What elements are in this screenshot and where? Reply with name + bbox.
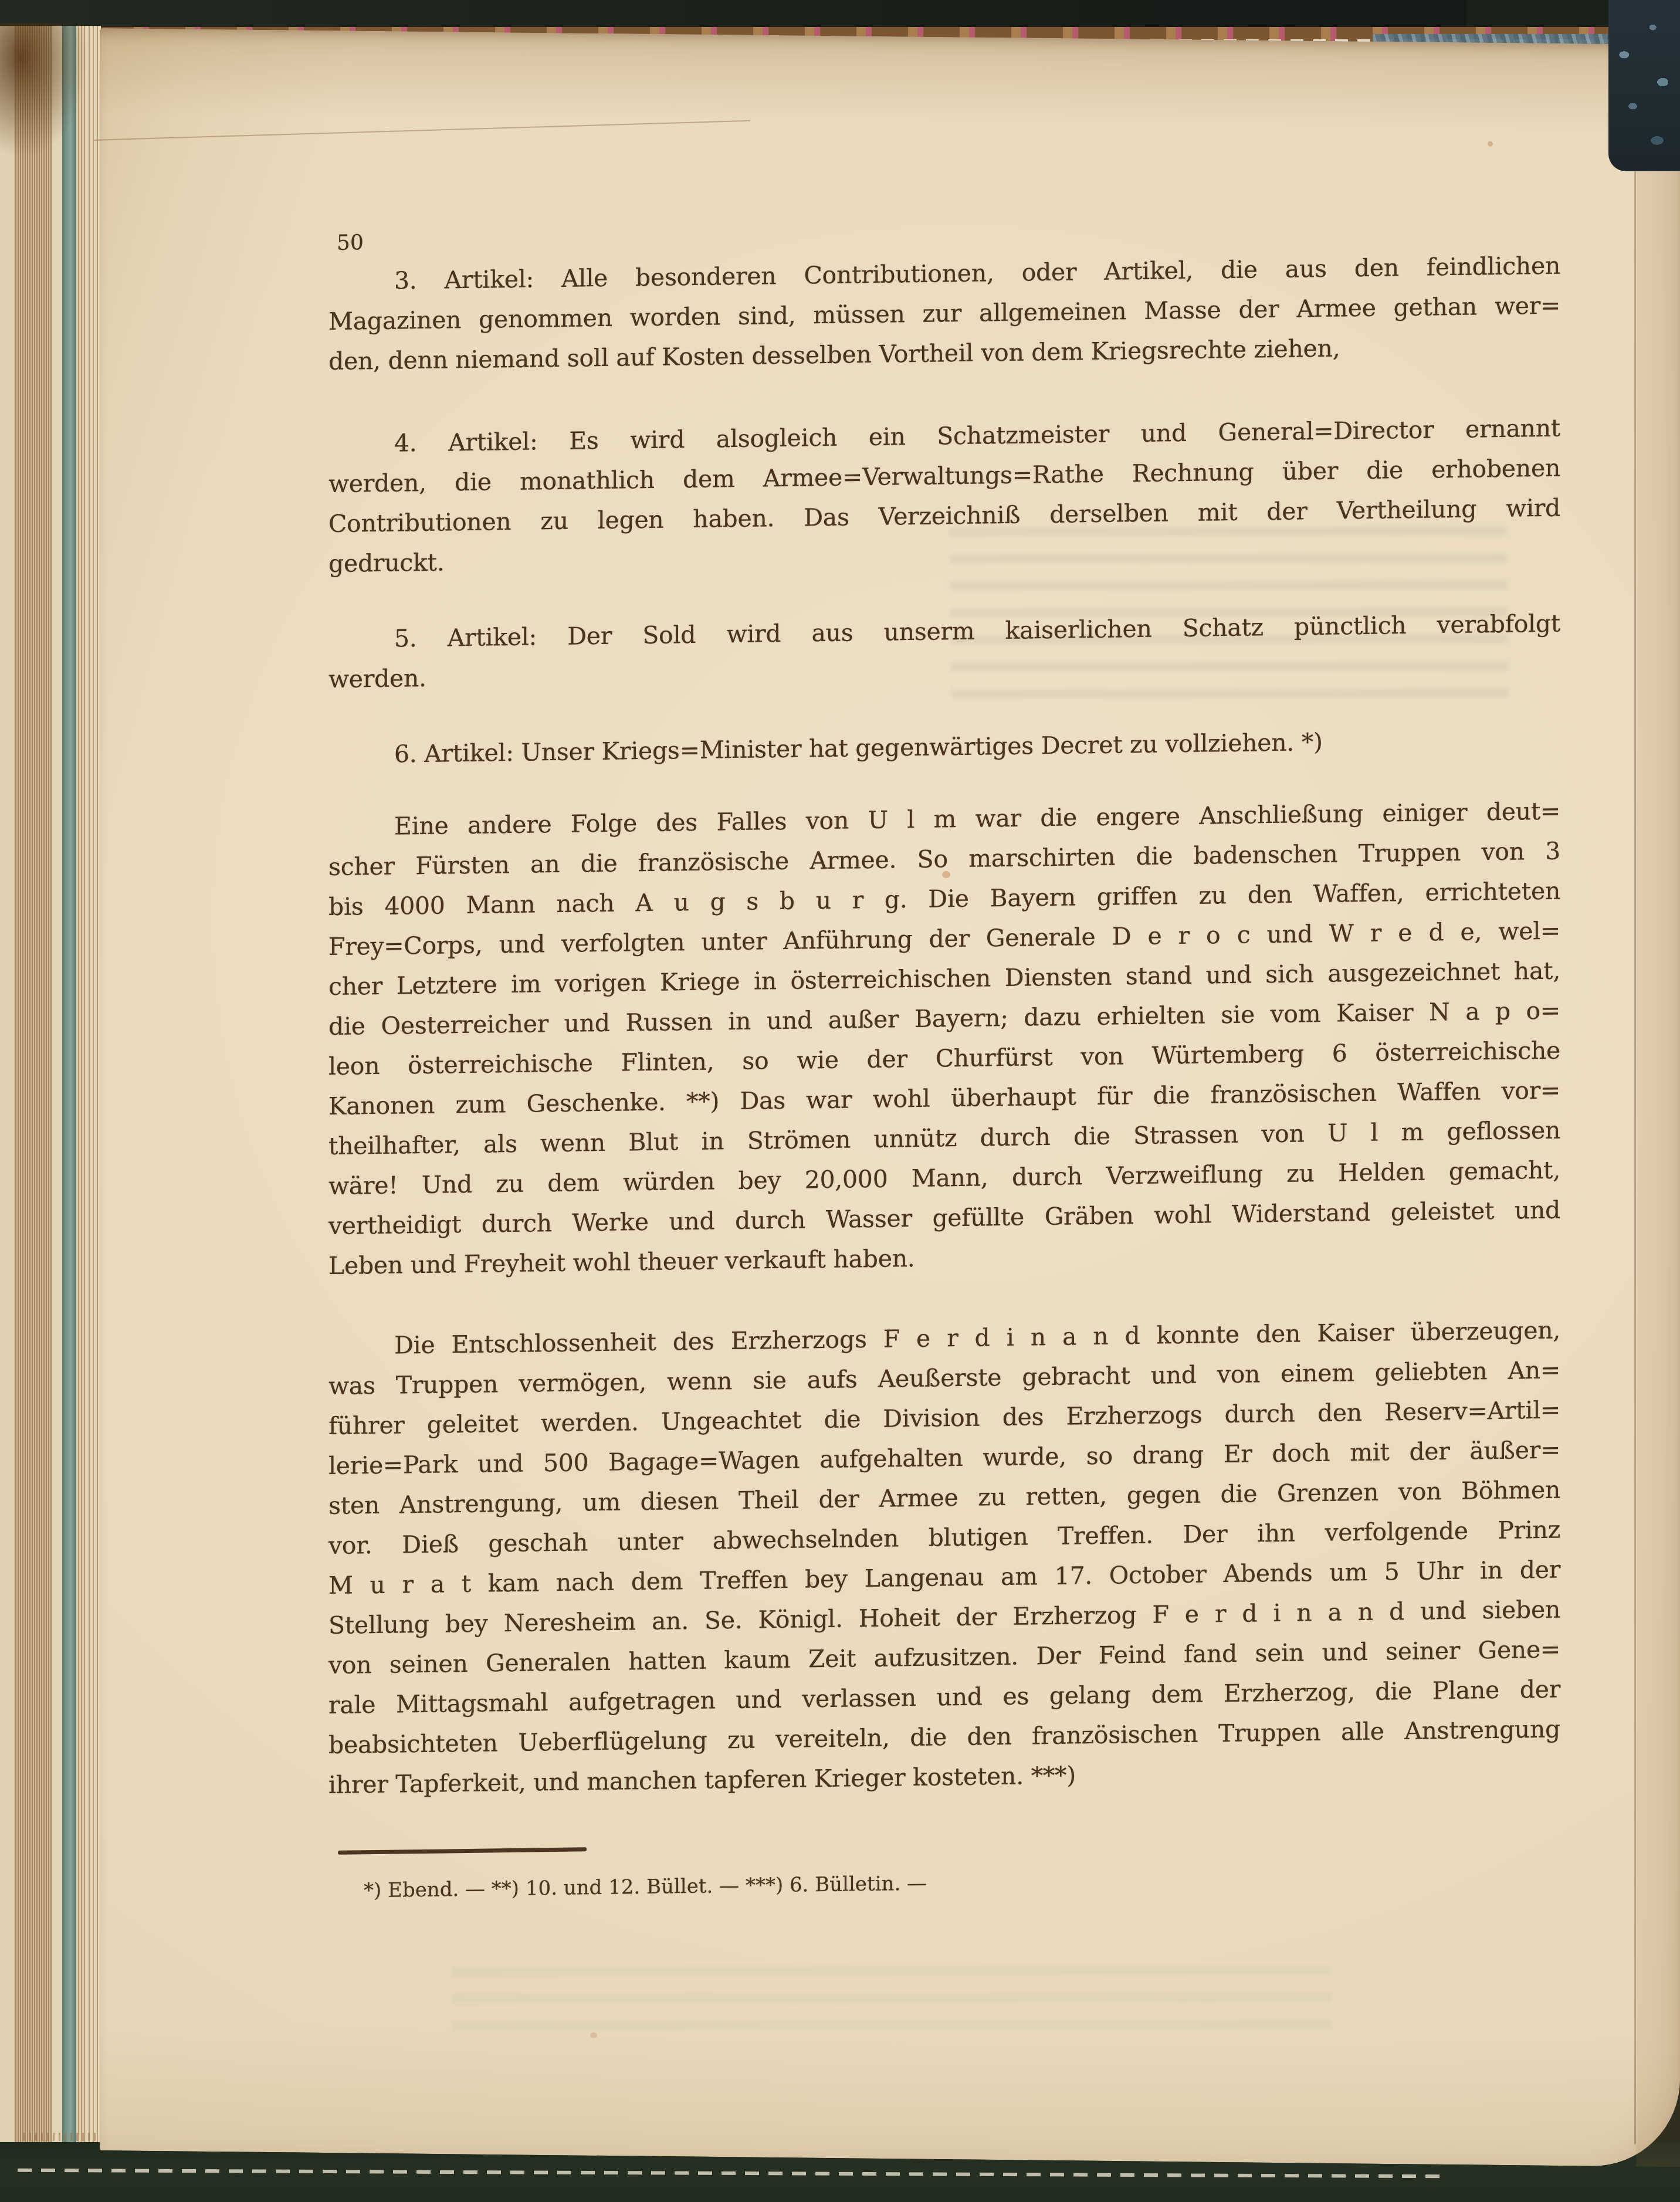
bookmark-ribbon bbox=[62, 26, 76, 2146]
paragraph: Die Entschlossenheit des Erzherzogs F e … bbox=[328, 1310, 1560, 1805]
binding-wear-patch bbox=[0, 23, 88, 158]
paper-crease bbox=[94, 120, 750, 141]
paragraph: Eine andere Folge des Falles von U l m w… bbox=[328, 791, 1560, 1286]
page-edge-light-strip bbox=[52, 26, 62, 2146]
page-edge-strip bbox=[0, 26, 14, 2146]
ink-showthrough bbox=[451, 1966, 1332, 2038]
text-line: 6. Artikel: Unser Kriegs=Minister hat ge… bbox=[328, 719, 1560, 775]
book-page: 50 3. Artikel: Alle besonderen Contribut… bbox=[100, 28, 1680, 2167]
page-edges-lines bbox=[14, 26, 52, 2146]
paragraph: 3. Artikel: Alle besonderen Contribution… bbox=[328, 246, 1560, 381]
book-cover-top-edge bbox=[0, 0, 1680, 31]
page-fold-shadow bbox=[1636, 44, 1680, 2167]
footnote-rule bbox=[338, 1847, 587, 1855]
page-stack-gutter bbox=[0, 26, 101, 2146]
page-edges-lines bbox=[86, 26, 101, 2146]
foxing-spot bbox=[1488, 141, 1493, 147]
page-paragraphs: 3. Artikel: Alle besonderen Contribution… bbox=[328, 246, 1560, 1805]
book-scan: 50 3. Artikel: Alle besonderen Contribut… bbox=[0, 0, 1680, 2202]
text-block: 50 3. Artikel: Alle besonderen Contribut… bbox=[328, 205, 1560, 1908]
foxing-spot bbox=[590, 2032, 597, 2038]
page-edges-lines bbox=[76, 26, 86, 2146]
paragraph: 6. Artikel: Unser Kriegs=Minister hat ge… bbox=[328, 719, 1560, 775]
marbled-cover-corner bbox=[1608, 0, 1680, 171]
footnote: *) Ebend. — **) 10. und 12. Büllet. — **… bbox=[328, 1859, 1560, 1908]
paragraph: 4. Artikel: Es wird alsogleich ein Schat… bbox=[328, 408, 1560, 584]
paragraph: 5. Artikel: Der Sold wird aus unserm kai… bbox=[328, 604, 1560, 699]
